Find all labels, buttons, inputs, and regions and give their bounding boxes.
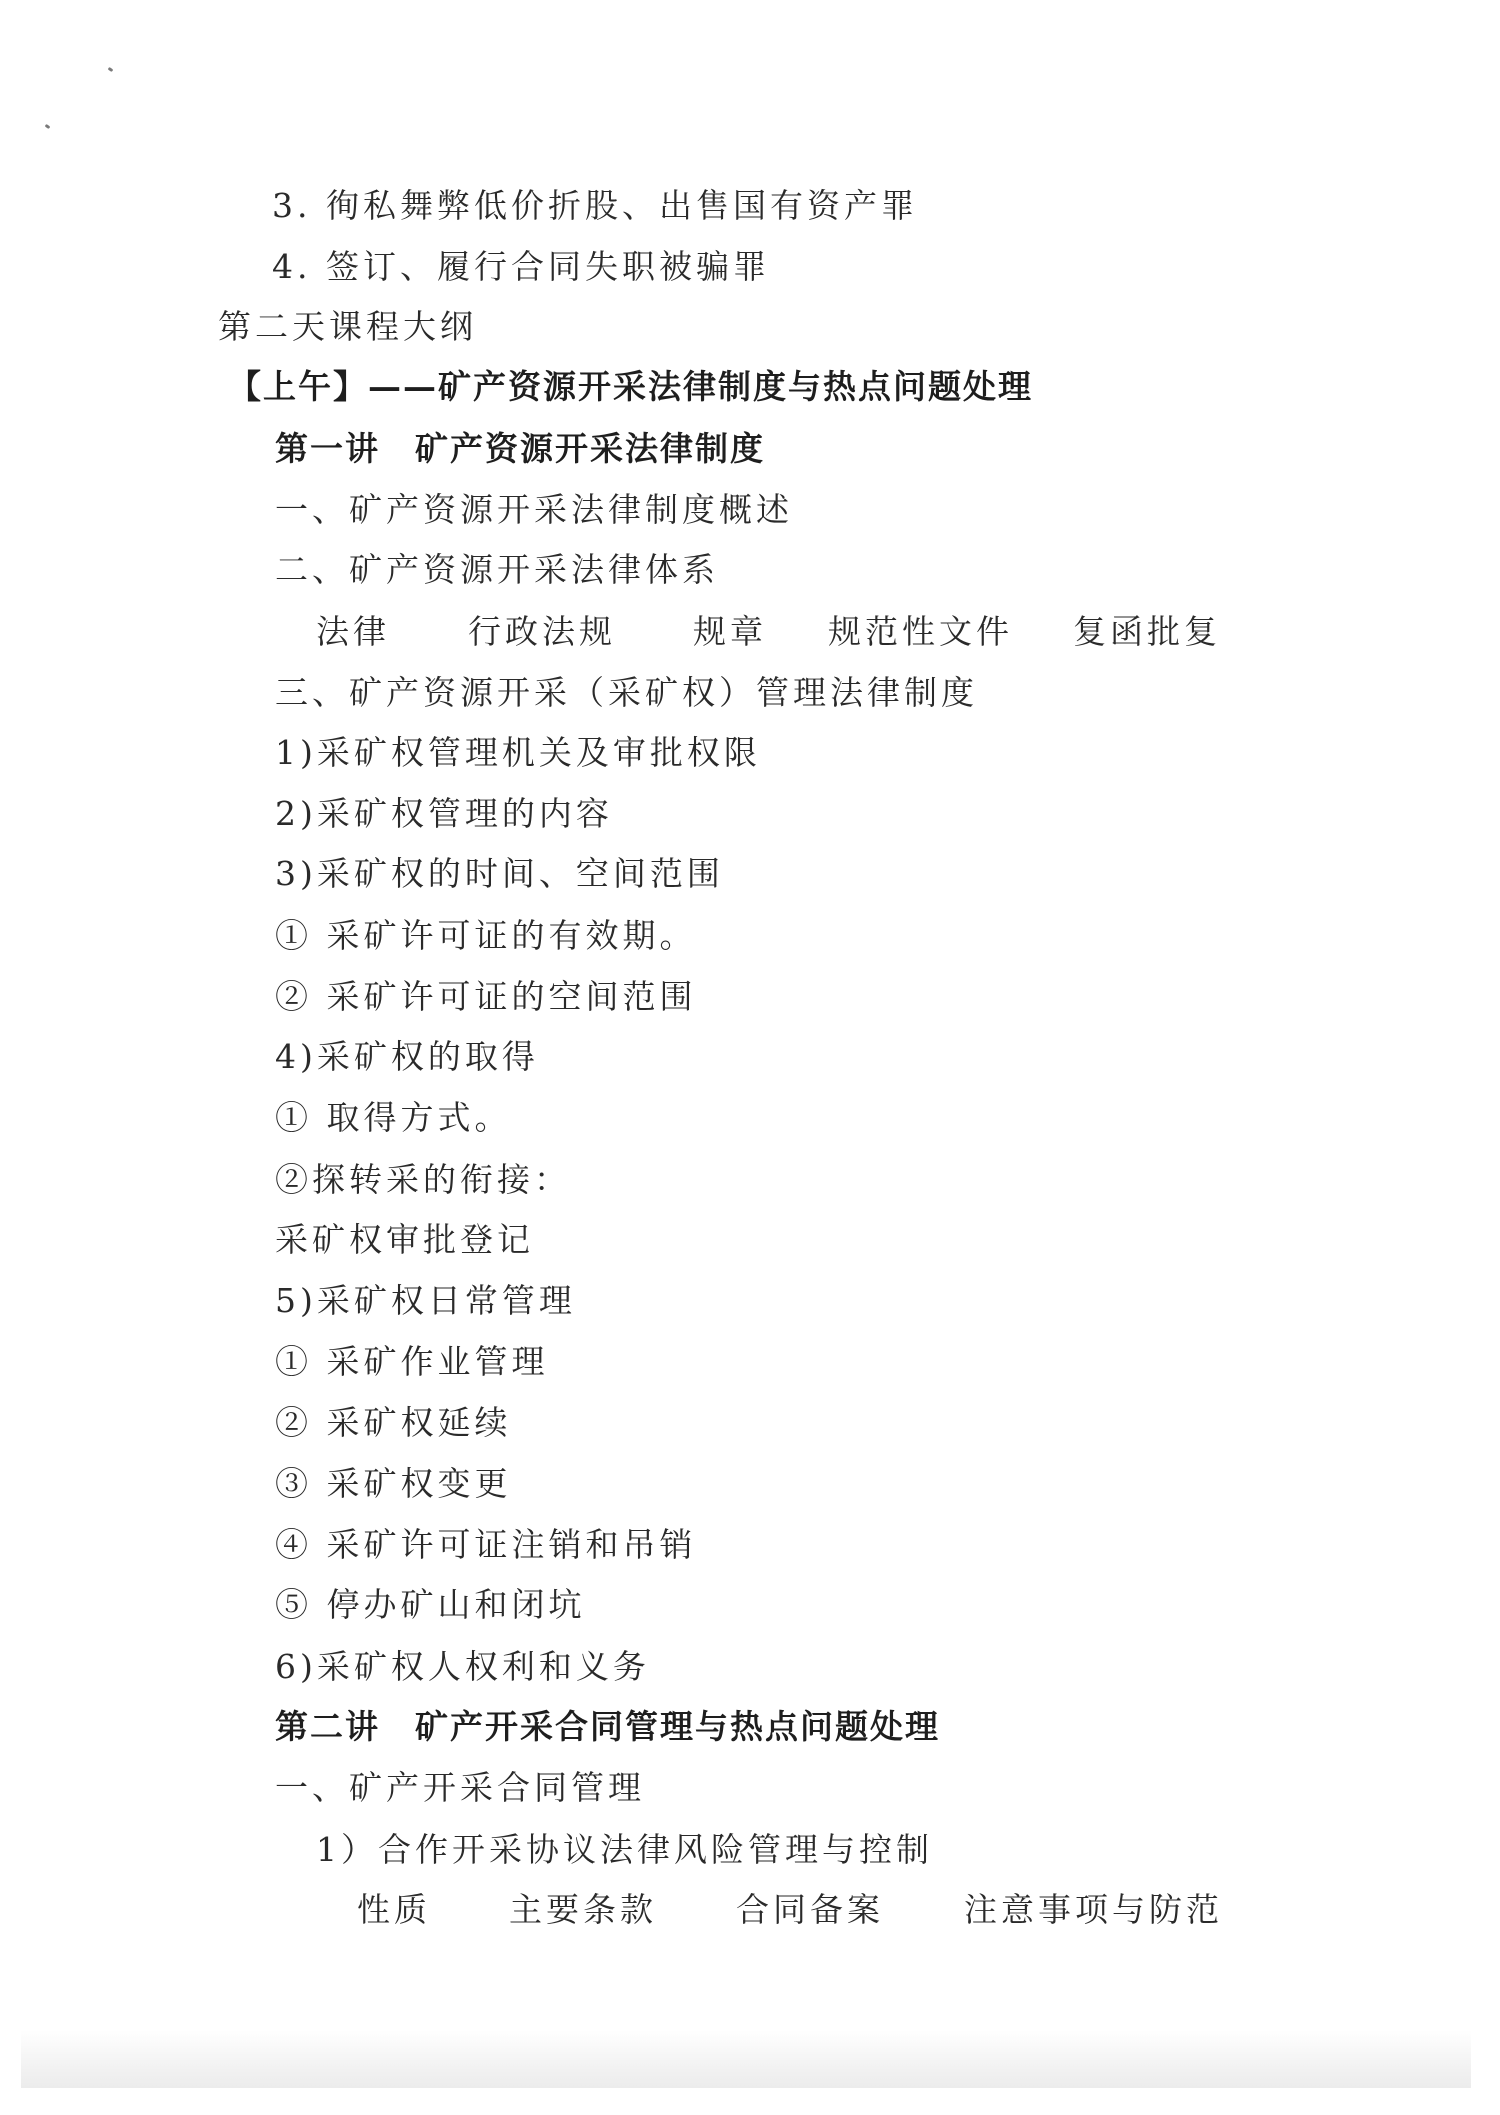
- contract-items: 性质 主要条款 合同备案 注意事项与防范: [0, 1890, 1500, 1930]
- subitem-5-5: ⑤ 停办矿山和闭坑: [275, 1585, 586, 1625]
- lecture-1-heading: 第一讲 矿产资源开采法律制度: [275, 429, 765, 469]
- scan-speck: [45, 124, 51, 129]
- lecture-2-heading: 第二讲 矿产开采合同管理与热点问题处理: [275, 1707, 940, 1747]
- section-3-mining-rights: 三、矿产资源开采（采矿权）管理法律制度: [275, 673, 978, 713]
- subitem-3: 3)采矿权的时间、空间范围: [275, 854, 724, 894]
- legal-item-admin-regulations: 行政法规: [468, 612, 616, 652]
- subitem-4-1: ① 取得方式。: [275, 1098, 512, 1138]
- section-1-overview: 一、矿产资源开采法律制度概述: [275, 490, 793, 530]
- day-two-outline-title: 第二天课程大纲: [218, 307, 477, 347]
- contract-item-main-clauses: 主要条款: [509, 1890, 657, 1930]
- scan-shadow-band: [21, 2030, 1471, 2088]
- subitem-3-1: ① 采矿许可证的有效期。: [275, 916, 697, 956]
- subitem-4-2: ②探转采的衔接：: [275, 1160, 571, 1200]
- legal-item-normative-docs: 规范性文件: [828, 612, 1013, 652]
- subitem-3-2: ② 采矿许可证的空间范围: [275, 977, 697, 1017]
- scan-speck: [108, 67, 114, 72]
- item-crime-3: 3. 徇私舞弊低价折股、出售国有资产罪: [272, 186, 918, 226]
- subitem-6: 6)采矿权人权利和义务: [275, 1647, 650, 1687]
- legal-item-law: 法律: [316, 612, 390, 652]
- contract-item-precautions: 注意事项与防范: [964, 1890, 1223, 1930]
- legal-system-items: 法律 行政法规 规章 规范性文件 复函批复: [0, 612, 1500, 652]
- scanned-document-page: 3. 徇私舞弊低价折股、出售国有资产罪 4. 签订、履行合同失职被骗罪 第二天课…: [0, 0, 1500, 2115]
- morning-session-heading: 【上午】——矿产资源开采法律制度与热点问题处理: [228, 367, 1033, 407]
- legal-item-official-replies: 复函批复: [1073, 612, 1221, 652]
- subitem-5-1: ① 采矿作业管理: [275, 1342, 549, 1382]
- subitem-5: 5)采矿权日常管理: [275, 1281, 576, 1321]
- item-crime-4: 4. 签订、履行合同失职被骗罪: [272, 247, 770, 287]
- subitem-4: 4)采矿权的取得: [275, 1037, 539, 1077]
- subitem-1: 1)采矿权管理机关及审批权限: [275, 733, 761, 773]
- contract-item-filing: 合同备案: [736, 1890, 884, 1930]
- contract-item-nature: 性质: [357, 1890, 431, 1930]
- subitem-4-2-detail: 采矿权审批登记: [275, 1220, 534, 1260]
- section-2-legal-system: 二、矿产资源开采法律体系: [275, 550, 719, 590]
- subitem-cooperation-agreement: 1）合作开采协议法律风险管理与控制: [316, 1830, 933, 1870]
- section-1-contract-management: 一、矿产开采合同管理: [275, 1768, 645, 1808]
- subitem-2: 2)采矿权管理的内容: [275, 794, 613, 834]
- subitem-5-4: ④ 采矿许可证注销和吊销: [275, 1525, 697, 1565]
- legal-item-rules: 规章: [693, 612, 767, 652]
- subitem-5-2: ② 采矿权延续: [275, 1403, 512, 1443]
- subitem-5-3: ③ 采矿权变更: [275, 1464, 512, 1504]
